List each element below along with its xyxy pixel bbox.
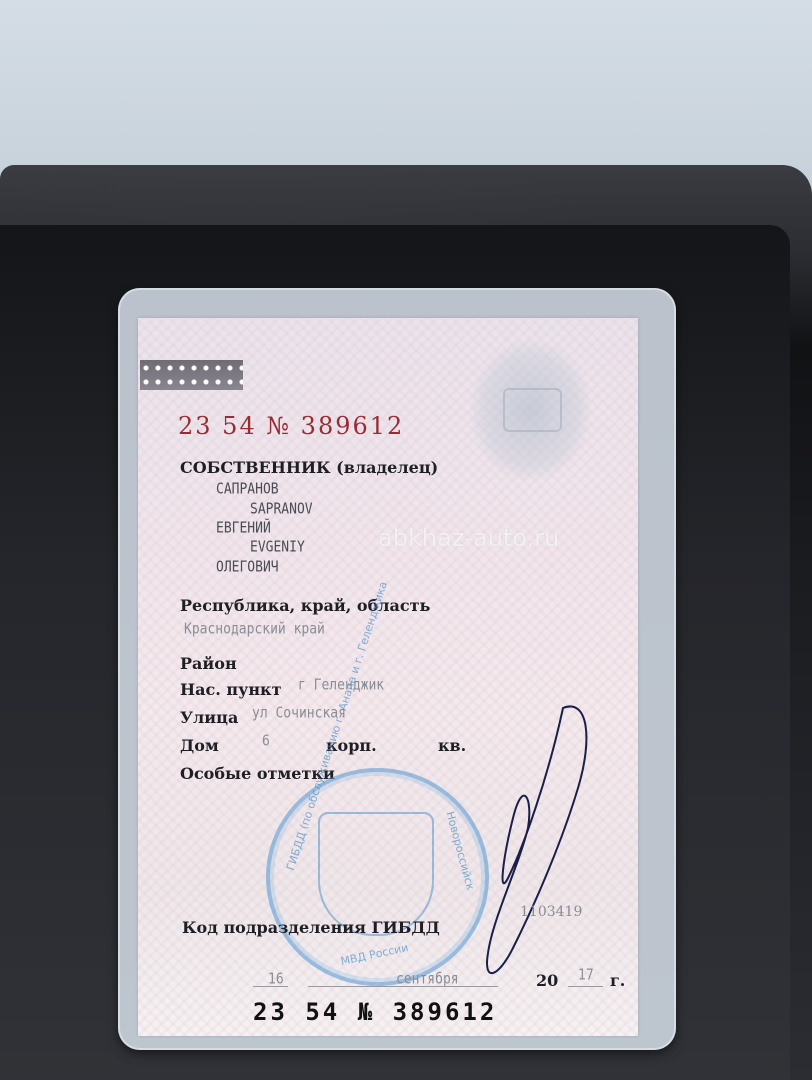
- owner-name-lat: EVGENIY: [250, 539, 305, 556]
- date-day-line: [253, 986, 288, 987]
- region-label: Республика, край, область: [180, 596, 430, 615]
- house-label: Дом: [180, 736, 219, 755]
- owner-name-ru: ЕВГЕНИЙ: [216, 520, 271, 537]
- ornament-strip: [140, 360, 243, 390]
- date-year-prefix: 20: [536, 971, 558, 990]
- apartment-label: кв.: [438, 736, 466, 755]
- table-surface: [0, 0, 812, 175]
- district-label: Район: [180, 654, 237, 673]
- date-year-unit: г.: [610, 971, 625, 990]
- date-year-line: [568, 986, 603, 987]
- locality-label: Нас. пункт: [180, 680, 282, 699]
- street-label: Улица: [180, 708, 238, 727]
- serial-number-bottom: 23 54 № 389612: [253, 998, 497, 1026]
- owner-surname-ru: САПРАНОВ: [216, 481, 279, 498]
- date-year-suffix: 17: [578, 967, 594, 984]
- date-month-line: [308, 986, 498, 987]
- owner-patronymic-ru: ОЛЕГОВИЧ: [216, 559, 279, 576]
- registration-card: 23 54 № 389612 СОБСТВЕННИК (владелец) СА…: [138, 318, 638, 1036]
- coat-of-arms-emblem: [468, 338, 593, 483]
- gibdd-code-label: Код подразделения ГИБДД: [182, 918, 440, 937]
- watermark: abkhaz-auto.ru: [378, 524, 559, 552]
- serial-number-top: 23 54 № 389612: [178, 412, 404, 440]
- owner-surname-lat: SAPRANOV: [250, 501, 313, 518]
- owner-label: СОБСТВЕННИК (владелец): [180, 458, 438, 477]
- gibdd-code-value: 1103419: [520, 904, 582, 920]
- official-stamp: ГИБДД (по обслуживанию г. Анапа и г. Гел…: [266, 768, 489, 986]
- house-value: 6: [262, 733, 270, 750]
- region-value: Краснодарский край: [184, 621, 325, 638]
- stamp-text-bottom: МВД России: [339, 941, 409, 968]
- signature: [468, 698, 598, 988]
